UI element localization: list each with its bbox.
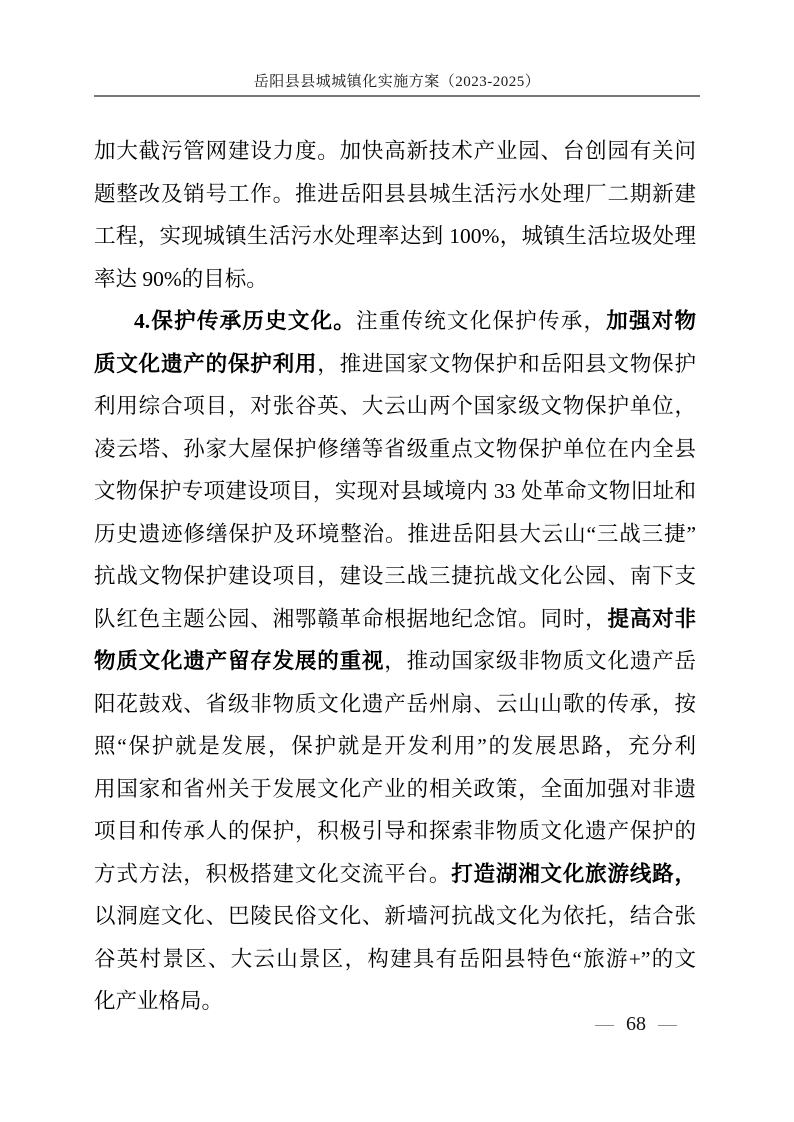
bold-text-segment: 加强对物 [606, 309, 696, 333]
text-segment: 队红色主题公园、湘鄂赣革命根据地纪念馆。同时， [94, 607, 608, 631]
text-segment: 历史遗迹修缮保护及环境整治。推进岳阳县大云山“三战三捷” [94, 522, 696, 546]
document-page: 岳阳县县城城镇化实施方案（2023-2025） 加大截污管网建设力度。加快高新技… [0, 0, 794, 1122]
text-segment: 加大截污管网建设力度。加快高新技术产业园、台创园有关问 [94, 139, 696, 163]
text-segment: 方式方法，积极搭建文化交流平台。 [94, 862, 451, 886]
text-line: 凌云塔、孙家大屋保护修缮等省级重点文物保护单位在内全县 [94, 428, 696, 471]
text-segment: ，推进国家文物保护和岳阳县文物保护 [317, 352, 696, 376]
text-segment: 率达 90%的目标。 [94, 267, 268, 291]
page-number: 68 [626, 1013, 646, 1035]
bold-text-segment: 质文化遗产的保护利用 [94, 352, 317, 376]
text-line: 利用综合项目，对张谷英、大云山两个国家级文物保护单位， [94, 385, 696, 428]
text-segment: 化产业格局。 [94, 989, 223, 1013]
text-line: 谷英村景区、大云山景区，构建具有岳阳县特色“旅游+”的文 [94, 938, 696, 981]
text-line: 队红色主题公园、湘鄂赣革命根据地纪念馆。同时，提高对非 [94, 598, 696, 641]
text-segment: 项目和传承人的保护，积极引导和探索非物质文化遗产保护的 [94, 819, 696, 843]
text-line: 文物保护专项建设项目，实现对县域境内 33 处革命文物旧址和 [94, 470, 696, 513]
text-line: 阳花鼓戏、省级非物质文化遗产岳州扇、云山山歌的传承，按 [94, 683, 696, 726]
text-segment: 照“保护就是发展，保护就是开发利用”的发展思路，充分利 [94, 734, 696, 758]
text-line: 质文化遗产的保护利用，推进国家文物保护和岳阳县文物保护 [94, 343, 696, 386]
footer-dash-left: — [595, 1014, 614, 1035]
text-segment: 文物保护专项建设项目，实现对县域境内 33 处革命文物旧址和 [94, 479, 696, 503]
text-line: 工程，实现城镇生活污水处理率达到 100%，城镇生活垃圾处理 [94, 215, 696, 258]
page-header-title: 岳阳县县城城镇化实施方案（2023-2025） [0, 70, 794, 91]
text-segment: 阳花鼓戏、省级非物质文化遗产岳州扇、云山山歌的传承，按 [94, 692, 696, 716]
page-footer: —68— [595, 1013, 677, 1036]
text-line: 抗战文物保护建设项目，建设三战三捷抗战文化公园、南下支 [94, 555, 696, 598]
text-line: 加大截污管网建设力度。加快高新技术产业园、台创园有关问 [94, 130, 696, 173]
text-line: 项目和传承人的保护，积极引导和探索非物质文化遗产保护的 [94, 810, 696, 853]
text-line: 以洞庭文化、巴陵民俗文化、新墙河抗战文化为依托，结合张 [94, 895, 696, 938]
text-segment: ，推动国家级非物质文化遗产岳 [384, 649, 696, 673]
text-line: 物质文化遗产留存发展的重视，推动国家级非物质文化遗产岳 [94, 640, 696, 683]
footer-dash-right: — [658, 1014, 677, 1035]
text-segment: 谷英村景区、大云山景区，构建具有岳阳县特色“旅游+”的文 [94, 947, 696, 971]
text-segment: 凌云塔、孙家大屋保护修缮等省级重点文物保护单位在内全县 [94, 437, 696, 461]
text-segment: 注重传统文化保护传承， [356, 309, 606, 333]
text-line: 4.保护传承历史文化。注重传统文化保护传承，加强对物 [94, 300, 696, 343]
text-line: 历史遗迹修缮保护及环境整治。推进岳阳县大云山“三战三捷” [94, 513, 696, 556]
text-segment: 题整改及销号工作。推进岳阳县县城生活污水处理厂二期新建 [94, 182, 696, 206]
bold-text-segment: 打造湖湘文化旅游线路， [451, 862, 696, 886]
text-segment: 工程，实现城镇生活污水处理率达到 100%，城镇生活垃圾处理 [94, 224, 696, 248]
text-segment: 用国家和省州关于发展文化产业的相关政策，全面加强对非遗 [94, 777, 696, 801]
bold-text-segment: 物质文化遗产留存发展的重视 [94, 649, 384, 673]
text-line: 用国家和省州关于发展文化产业的相关政策，全面加强对非遗 [94, 768, 696, 811]
text-segment: 以洞庭文化、巴陵民俗文化、新墙河抗战文化为依托，结合张 [94, 904, 696, 928]
document-body: 加大截污管网建设力度。加快高新技术产业园、台创园有关问题整改及销号工作。推进岳阳… [94, 130, 696, 1023]
text-segment: 抗战文物保护建设项目，建设三战三捷抗战文化公园、南下支 [94, 564, 696, 588]
text-line: 照“保护就是发展，保护就是开发利用”的发展思路，充分利 [94, 725, 696, 768]
text-line: 方式方法，积极搭建文化交流平台。打造湖湘文化旅游线路， [94, 853, 696, 896]
bold-text-segment: 提高对非 [608, 607, 696, 631]
text-line: 题整改及销号工作。推进岳阳县县城生活污水处理厂二期新建 [94, 173, 696, 216]
header-rule [94, 95, 700, 97]
text-segment: 利用综合项目，对张谷英、大云山两个国家级文物保护单位， [94, 394, 696, 418]
bold-text-segment: 4.保护传承历史文化。 [134, 309, 356, 333]
text-line: 率达 90%的目标。 [94, 258, 696, 301]
